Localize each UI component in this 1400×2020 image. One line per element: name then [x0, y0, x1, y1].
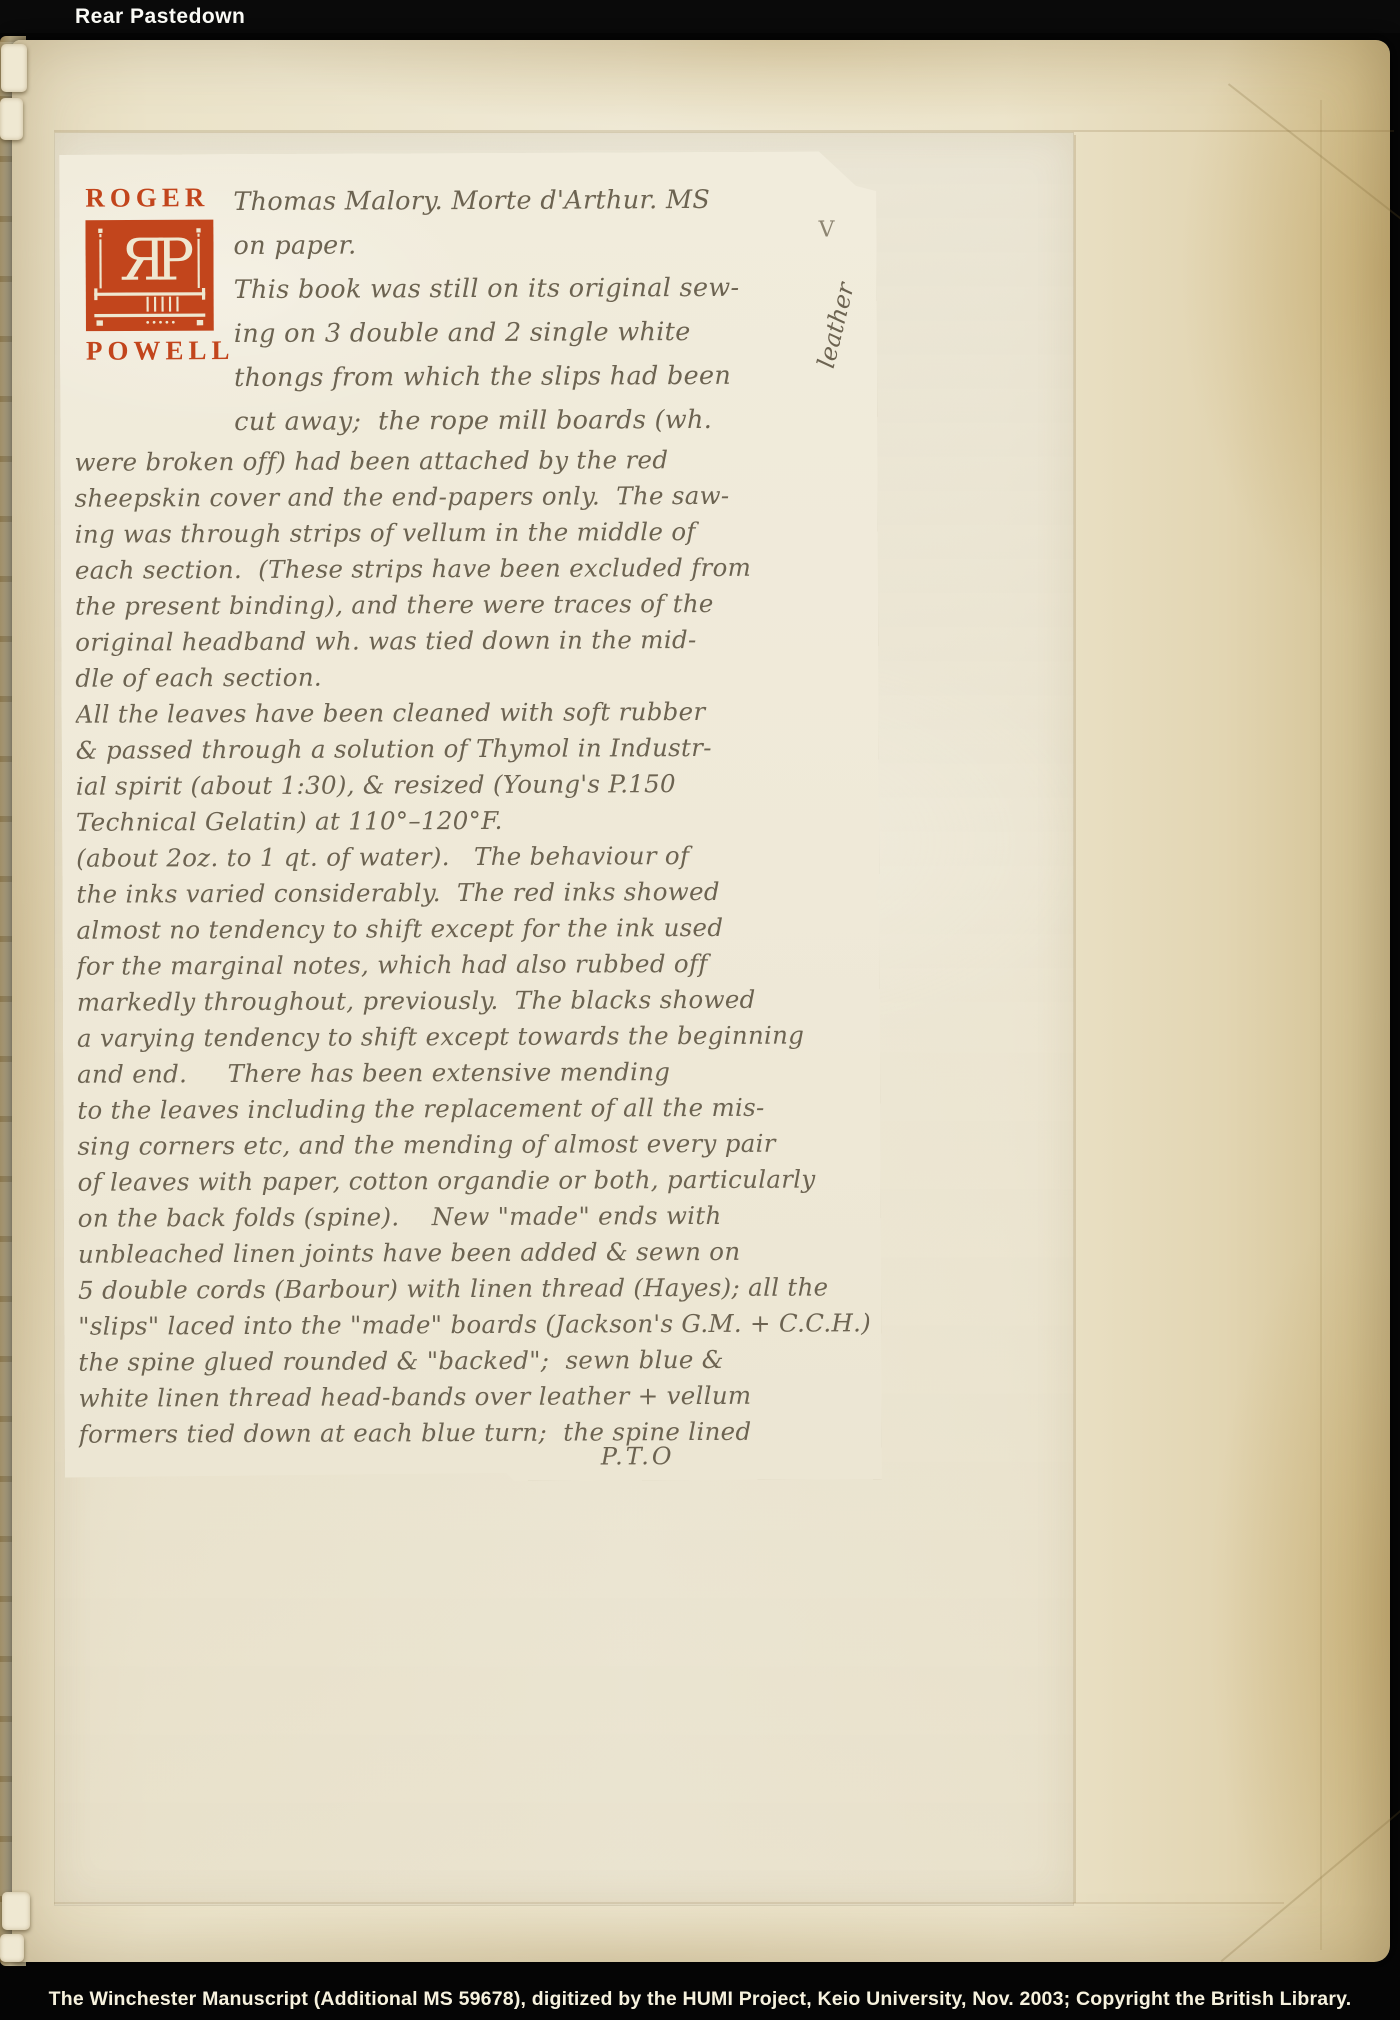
note-line: dle of each section. [75, 657, 866, 696]
note-body: ROGER ЯP [73, 177, 870, 1474]
note-line: were broken off) had been attached by th… [74, 441, 865, 480]
roger-powell-stamp: ЯP [85, 219, 213, 332]
note-line: white linen thread head-bands over leath… [78, 1377, 869, 1416]
corner-fold-top-right [1228, 83, 1400, 238]
spine-nub [0, 98, 23, 140]
note-line: the inks varied considerably. The red in… [76, 873, 867, 912]
note-line: "slips" laced into the "made" boards (Ja… [78, 1305, 869, 1344]
note-line: almost no tendency to shift except for t… [76, 909, 867, 948]
note-line: formers tied down at each blue turn; the… [79, 1413, 870, 1452]
note-line: a varying tendency to shift except towar… [77, 1017, 868, 1056]
page-title: Rear Pastedown [75, 0, 245, 34]
note-line: the present binding), and there were tra… [75, 585, 866, 624]
turnin-crease-bottom [54, 1902, 1284, 1904]
note-line: All the leaves have been cleaned with so… [75, 693, 866, 732]
note-line: & passed through a solution of Thymol in… [76, 729, 867, 768]
note-line: for the marginal notes, which had also r… [77, 945, 868, 984]
conservation-note: V leather P.T.O ROGER ЯP [59, 151, 882, 1483]
note-line: original headband wh. was tied down in t… [75, 621, 866, 660]
corner-fold-bottom-right [1221, 1800, 1400, 1962]
note-line: unbleached linen joints have been added … [78, 1233, 869, 1272]
note-line: of leaves with paper, cotton organdie or… [78, 1161, 869, 1200]
note-line: 5 double cords (Barbour) with linen thre… [78, 1269, 869, 1308]
bottom-caption-bar: The Winchester Manuscript (Additional MS… [0, 1977, 1400, 2020]
note-line: ial spirit (about 1:30), & resized (Youn… [76, 765, 867, 804]
spine-nub [1, 44, 27, 92]
spine-nub [0, 1934, 24, 1962]
note-line: each section. (These strips have been ex… [75, 549, 866, 588]
binder-name-bottom: POWELL [74, 335, 226, 367]
footer-caption: The Winchester Manuscript (Additional MS… [0, 1977, 1400, 2020]
note-line: the spine glued rounded & "backed"; sewn… [78, 1341, 869, 1380]
roger-powell-device: ROGER ЯP [73, 180, 226, 445]
note-line: sing corners etc, and the mending of alm… [77, 1125, 868, 1164]
note-line: on the back folds (spine). New "made" en… [78, 1197, 869, 1236]
binder-name-top: ROGER [73, 182, 225, 214]
note-line: (about 2oz. to 1 qt. of water). The beha… [76, 837, 867, 876]
note-line: markedly throughout, previously. The bla… [77, 981, 868, 1020]
turnin-crease-vertical [1320, 100, 1322, 1950]
note-line: and end. There has been extensive mendin… [77, 1053, 868, 1092]
pastedown-right-crease [1074, 135, 1076, 1903]
top-label-bar: Rear Pastedown [0, 0, 1400, 33]
spine-nub [2, 1892, 30, 1930]
note-line: sheepskin cover and the end-papers only.… [75, 477, 866, 516]
note-line: ing was through strips of vellum in the … [75, 513, 866, 552]
note-line: Technical Gelatin) at 110°–120°F. [76, 801, 867, 840]
svg-text:ЯP: ЯP [120, 226, 193, 293]
note-line: to the leaves including the replacement … [77, 1089, 868, 1128]
digitized-page-viewer: Rear Pastedown V leather P.T.O ROGER ЯP [0, 0, 1400, 2020]
turnin-crease-top [54, 130, 1394, 132]
